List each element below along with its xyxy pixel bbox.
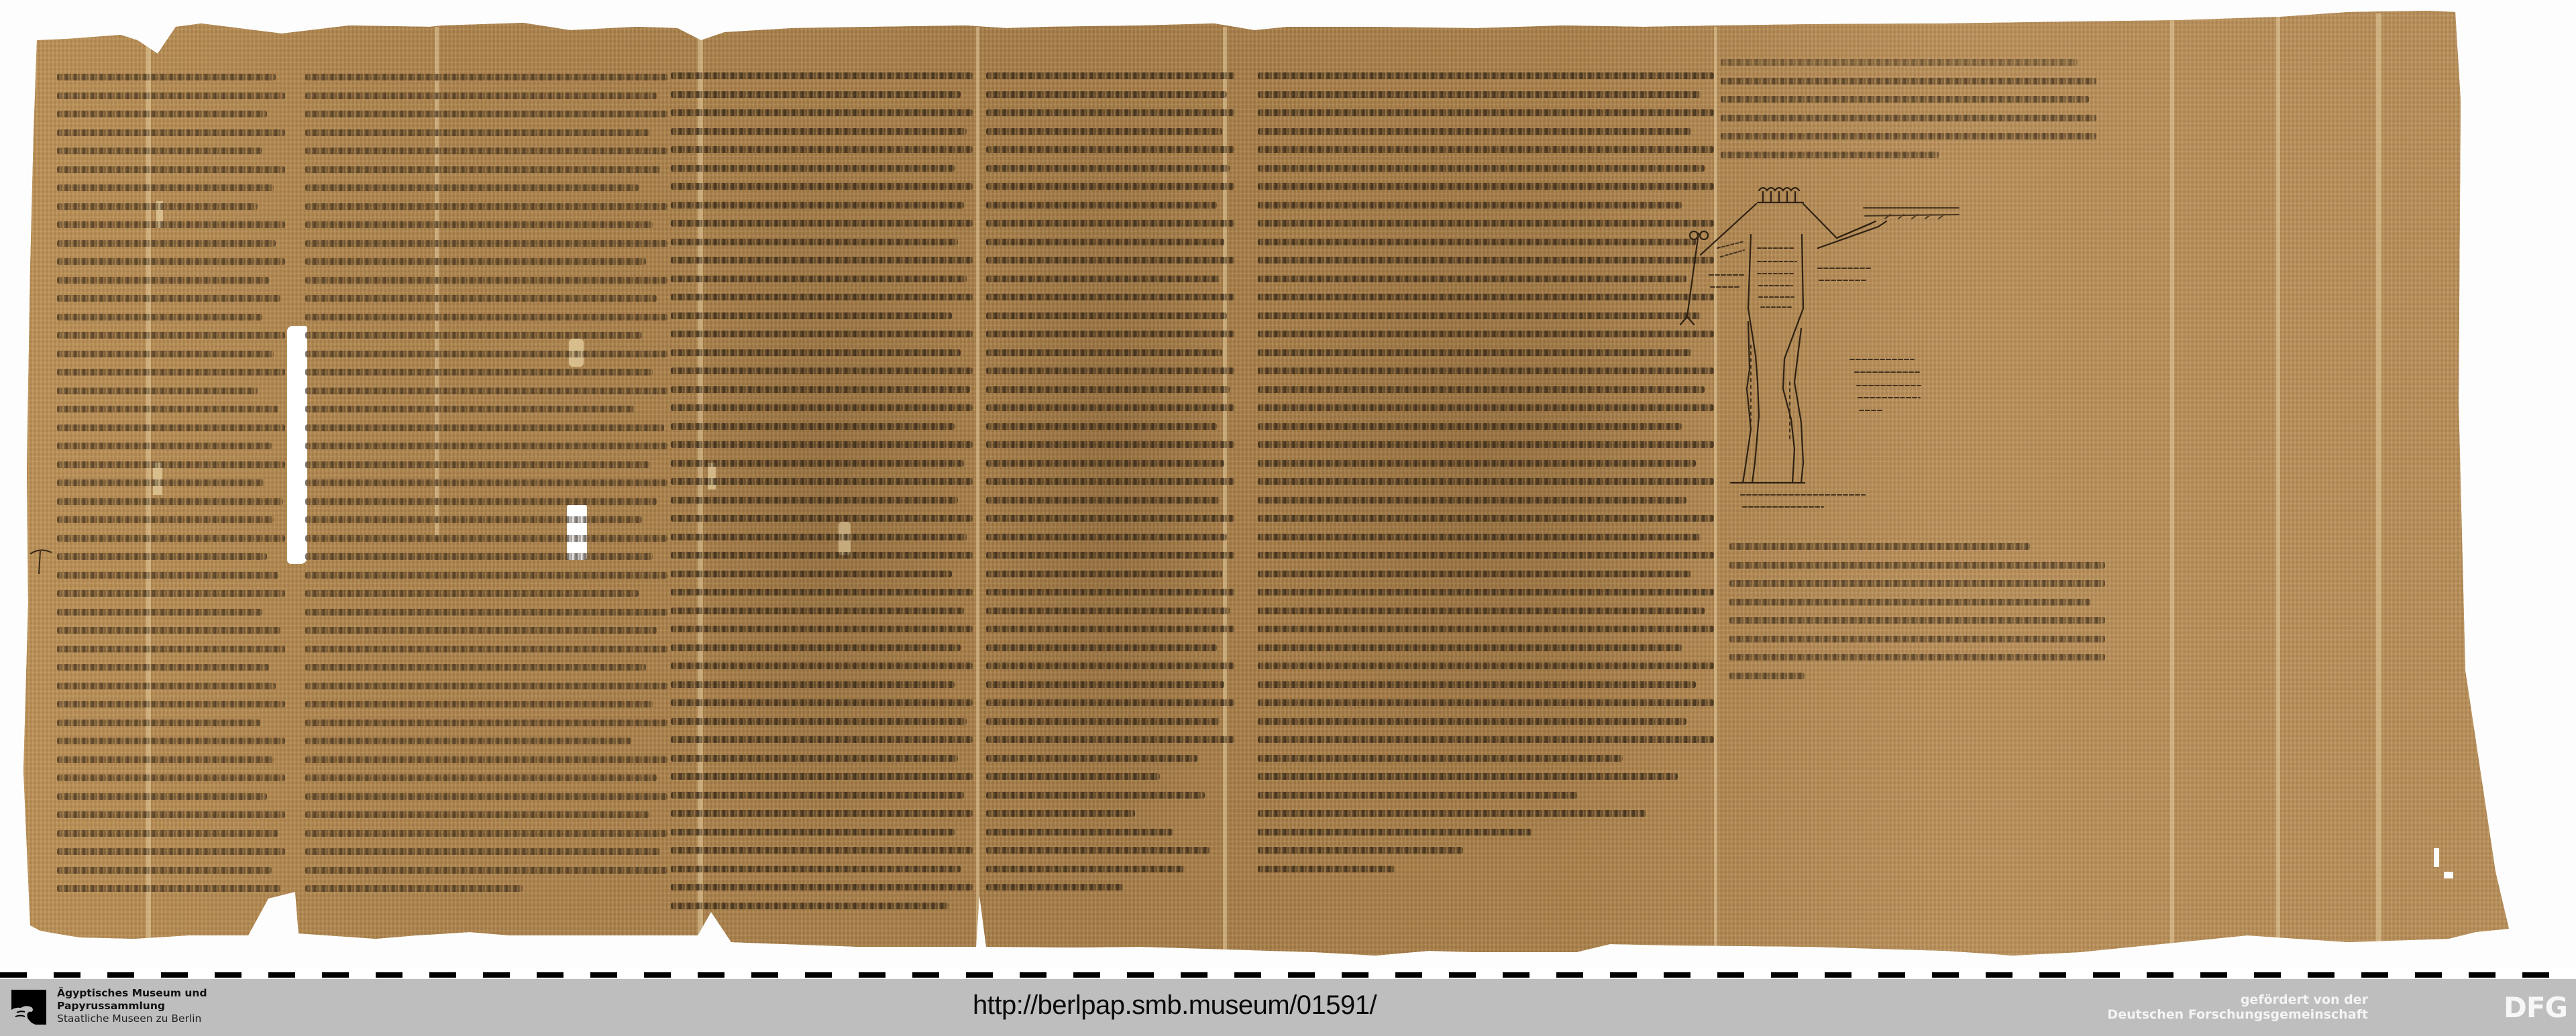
text-column-3 (671, 72, 973, 921)
funding-line-2: Deutschen Forschungsgemeinschaft (2107, 1007, 2368, 1022)
institution-line-1: Ägyptisches Museum und (57, 987, 207, 1000)
sheet-join (2376, 13, 2381, 952)
institution-name: Ägyptisches Museum und Papyrussammlung S… (57, 987, 207, 1025)
sheet-join (2170, 20, 2174, 952)
dfg-logo: DFG (2504, 994, 2567, 1022)
text-column-2 (305, 74, 667, 904)
papyrus-hole (2434, 848, 2439, 867)
papyrus-hole (287, 326, 307, 564)
text-column-4 (986, 72, 1234, 903)
papyrus-image (0, 0, 2576, 969)
text-column-7 (1729, 543, 2105, 691)
funding-credit: gefördert von der Deutschen Forschungsge… (2107, 992, 2368, 1022)
papyrus-hole (2444, 872, 2453, 878)
sheet-join (976, 27, 979, 952)
margin-mark-t (27, 542, 57, 575)
scale-bar (0, 972, 2576, 978)
text-column-6 (1721, 59, 2096, 170)
image-viewer (0, 0, 2576, 969)
text-column-1 (57, 74, 285, 904)
sheet-join (2276, 17, 2280, 949)
institution-line-3: Staatliche Museen zu Berlin (57, 1013, 207, 1025)
funding-line-1: gefördert von der (2107, 992, 2368, 1007)
human-figure-drawing (1664, 168, 2133, 516)
text-column-5 (1258, 72, 1714, 884)
object-url-link[interactable]: http://berlpap.smb.museum/01591/ (973, 990, 1377, 1021)
institution-line-2: Papyrussammlung (57, 1000, 207, 1013)
eagle-logo-icon (11, 990, 46, 1025)
